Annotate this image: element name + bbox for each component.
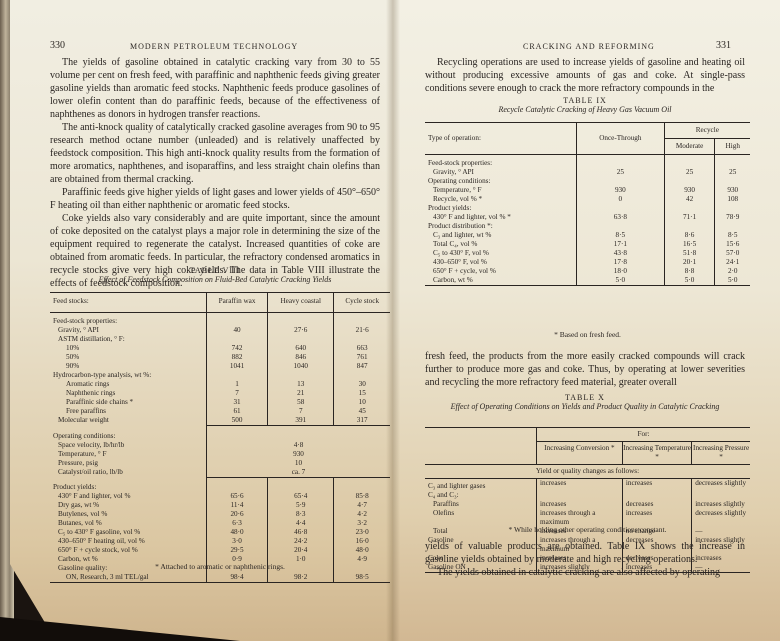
table-row: 430–650° F heating oil, vol %3·024·216·0 (50, 537, 390, 546)
table-row: Space velocity, lb/hr/lb4·8 (50, 441, 390, 450)
table-viii: Feed stocks: Paraffin wax Heavy coastal … (50, 292, 390, 583)
table-label: TABLE IX (425, 96, 745, 105)
subheader: Yield or quality changes as follows: (425, 465, 750, 479)
column-header: Increasing Pressure * (692, 442, 750, 465)
paragraph: Recycling operations are used to increas… (425, 56, 745, 95)
column-header: Increasing Temperature * (622, 442, 691, 465)
running-head: CRACKING AND REFORMING (523, 42, 655, 51)
table-row: Carbon, wt %5·05·05·0 (425, 276, 750, 286)
paragraph: yields of valuable products are obtained… (425, 540, 745, 566)
table-row: C₅ to 430° F, vol %43·851·857·0 (425, 249, 750, 258)
body-text: yields of valuable products are obtained… (425, 540, 745, 579)
section-heading: Hydrocarbon-type analysis, wt %: (50, 371, 207, 380)
table-title: Effect of Feedstock Composition on Fluid… (50, 275, 380, 284)
page-number: 331 (716, 40, 731, 51)
table-row: Paraffinsincreasesdecreasesincreases sli… (425, 500, 750, 509)
paragraph: Paraffinic feeds give higher yields of l… (50, 186, 380, 212)
table-title: Effect of Operating Conditions on Yields… (425, 402, 745, 411)
table-row: 90%10411040847 (50, 362, 390, 371)
table-caption: TABLE X Effect of Operating Conditions o… (425, 393, 745, 411)
table-row: Paraffinic side chains *315810 (50, 398, 390, 407)
table-row: Pressure, psig10 (50, 459, 390, 468)
table-row: Butylenes, vol %20·68·34·2 (50, 510, 390, 519)
table-row: C₄ and C₃: (425, 491, 750, 500)
table-row: ASTM distillation, ° F: (50, 335, 390, 344)
book-spread: 330 MODERN PETROLEUM TECHNOLOGY The yiel… (0, 0, 780, 641)
group-header: For: (537, 428, 751, 442)
table-label: TABLE VIII (50, 266, 380, 275)
table-row: 430–650° F, vol %17·820·124·1 (425, 258, 750, 267)
table-row: 650° F + cycle stock, vol %29·520·448·0 (50, 546, 390, 555)
table-row: Temperature, ° F930930930 (425, 186, 750, 195)
paragraph: The anti-knock quality of catalytically … (50, 121, 380, 186)
table-row: Gravity, ° API4027·621·6 (50, 326, 390, 335)
book-gutter (386, 0, 400, 641)
body-text: Recycling operations are used to increas… (425, 56, 745, 95)
section-heading: Operating conditions: (50, 426, 207, 441)
body-text: The yields of gasoline obtained in catal… (50, 56, 380, 290)
left-page: 330 MODERN PETROLEUM TECHNOLOGY The yiel… (10, 0, 393, 641)
column-header: Cycle stock (334, 293, 390, 313)
table-row: Total C₄, vol %17·116·515·6 (425, 240, 750, 249)
table-row: Temperature, ° F930 (50, 450, 390, 459)
table-caption: TABLE VIII Effect of Feedstock Compositi… (50, 266, 380, 284)
table-row: C₅ to 430° F gasoline, vol %48·046·823·0 (50, 528, 390, 537)
table-row: Catalyst/oil ratio, lb/lbca. 7 (50, 468, 390, 478)
table-row: Aromatic rings11330 (50, 380, 390, 389)
table-row: C₃ and lighter, wt %8·58·68·5 (425, 231, 750, 240)
table-row: Recycle, vol % *042108 (425, 195, 750, 204)
running-head: MODERN PETROLEUM TECHNOLOGY (130, 42, 298, 51)
table-footnote: * Attached to aromatic or naphthenic rin… (50, 562, 390, 571)
column-header: Moderate (664, 139, 715, 155)
body-text: fresh feed, the products from the more e… (425, 350, 745, 389)
table-ix: Type of operation: Once-Through Recycle … (425, 122, 750, 286)
table-row: C₃ and lighter gasesincreasesincreasesde… (425, 479, 750, 492)
table-row: 650° F + cycle, vol %18·08·82·0 (425, 267, 750, 276)
table-row: Free paraffins61745 (50, 407, 390, 416)
column-header: Once-Through (577, 123, 665, 155)
table-footnote: * Based on fresh feed. (425, 330, 750, 339)
group-header: Recycle (664, 123, 750, 139)
table-row: Naphthenic rings72115 (50, 389, 390, 398)
table-row: Butanes, vol %6·34·43·2 (50, 519, 390, 528)
column-header: Heavy coastal (268, 293, 334, 313)
table-row: 50%882846761 (50, 353, 390, 362)
table-row: Dry gas, wt %11·45·94·7 (50, 501, 390, 510)
page-number: 330 (50, 40, 65, 51)
paragraph: fresh feed, the products from the more e… (425, 350, 745, 389)
table-row: Product yields: (425, 204, 750, 213)
column-header: Increasing Conversion * (537, 442, 623, 465)
column-header: High (715, 139, 750, 155)
table-row: Feed-stock properties: (425, 155, 750, 169)
table-title: Recycle Catalytic Cracking of Heavy Gas … (425, 105, 745, 114)
section-heading: Product yields: (50, 477, 207, 492)
table-row: 430° F and lighter, vol %65·665·485·8 (50, 492, 390, 501)
table-row: Operating conditions: (425, 177, 750, 186)
column-header: Paraffin wax (207, 293, 268, 313)
table-label: TABLE X (425, 393, 745, 402)
section-heading: Feed-stock properties: (50, 313, 207, 327)
table-caption: TABLE IX Recycle Catalytic Cracking of H… (425, 96, 745, 114)
table-row: Gravity, ° API252525 (425, 168, 750, 177)
stub-header: Feed stocks: (50, 293, 207, 313)
table-row: Molecular weight500391317 (50, 416, 390, 426)
table-row: ON, Research, 3 ml TEL/gal98·498·298·5 (50, 573, 390, 583)
table-row: 10%742640663 (50, 344, 390, 353)
table-footnote: * While holding other operating conditio… (425, 525, 750, 534)
table-row: 430° F and lighter, vol % *63·871·178·9 (425, 213, 750, 222)
stub-header: Type of operation: (425, 123, 577, 155)
right-page: CRACKING AND REFORMING 331 Recycling ope… (393, 0, 780, 641)
paragraph: The yields of gasoline obtained in catal… (50, 56, 380, 121)
paragraph: The yields obtained in catalytic crackin… (425, 566, 745, 579)
table-row: Product distribution *: (425, 222, 750, 231)
